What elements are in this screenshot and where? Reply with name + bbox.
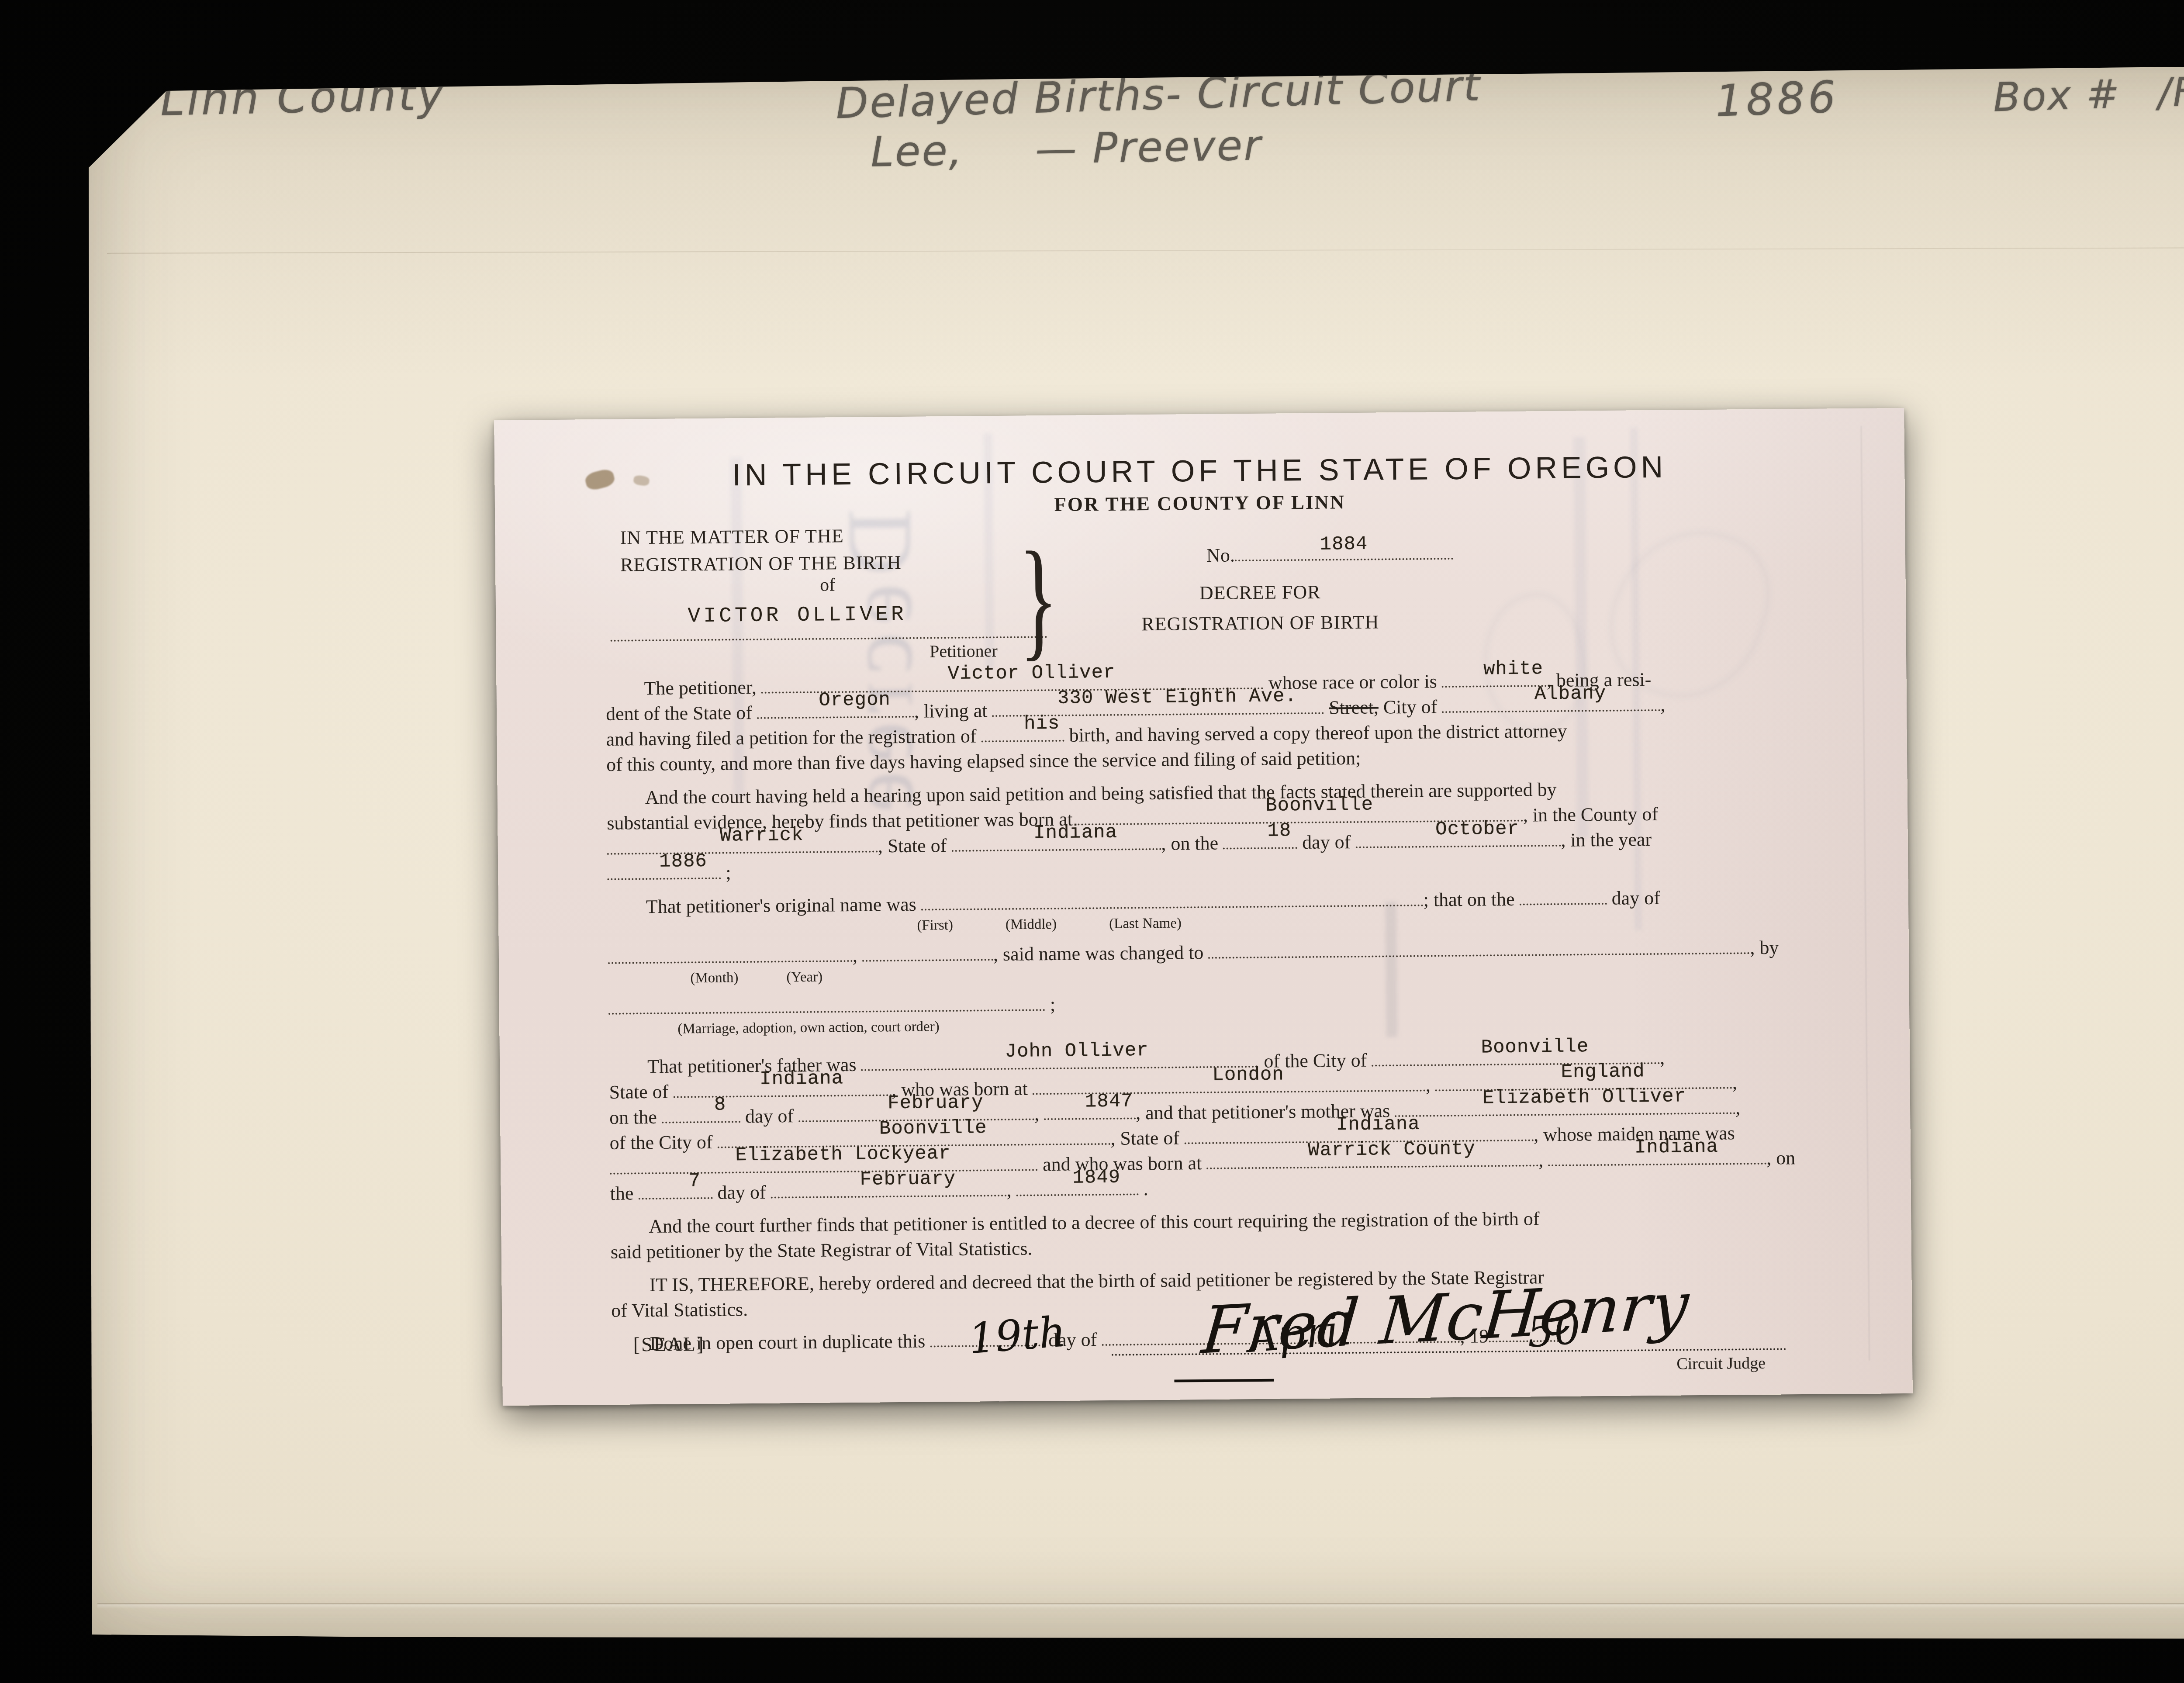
annotation-case-right: — Preever — [1035, 121, 1262, 173]
petitioner-name: VICTOR OLLIVER — [622, 602, 972, 629]
matter-line-2: REGISTRATION OF THE BIRTH — [620, 551, 902, 576]
annotation-case-left: Lee, — [870, 127, 964, 176]
decree-document: Decree IN THE CIRCUIT COURT OF THE STATE… — [494, 408, 1913, 1406]
seal-label: [SEAL] — [633, 1332, 705, 1356]
decree-heading-2: REGISTRATION OF BIRTH — [1055, 610, 1465, 636]
case-number-line: No.1884 — [1206, 542, 1453, 567]
annotation-series: Delayed Births- Circuit Court — [835, 61, 1482, 128]
matter-line-1: IN THE MATTER OF THE — [620, 525, 844, 549]
case-number-label: No. — [1206, 544, 1235, 566]
envelope-crease — [97, 1603, 2184, 1609]
archive-envelope: Linn County Delayed Births- Circuit Cour… — [85, 65, 2184, 1642]
decree-body: The petitioner, Victor Olliver whose rac… — [605, 665, 1887, 1364]
annotation-case-name: Lee,— Preever — [870, 121, 1262, 176]
envelope-flap-line — [107, 247, 2184, 254]
annotation-county: Linn County — [160, 69, 446, 126]
matter-of: of — [740, 574, 915, 596]
photo-background: Linn County Delayed Births- Circuit Cour… — [0, 0, 2184, 1683]
annotation-box-folder: Box #/Folder # — [1993, 65, 2184, 121]
case-number-blank: 1884 — [1235, 555, 1453, 561]
signature-title: Circuit Judge — [1642, 1353, 1800, 1374]
decree-heading-1: DECREE FOR — [1055, 580, 1465, 605]
case-caption-brace: } — [1018, 525, 1058, 672]
bottom-ink-mark — [1174, 1379, 1274, 1382]
case-number-value: 1884 — [1234, 532, 1453, 556]
annotation-folder-label: /Folder # — [2157, 65, 2184, 116]
annotation-box-label: Box # — [1993, 71, 2122, 121]
annotation-year: 1886 — [1714, 71, 1839, 127]
